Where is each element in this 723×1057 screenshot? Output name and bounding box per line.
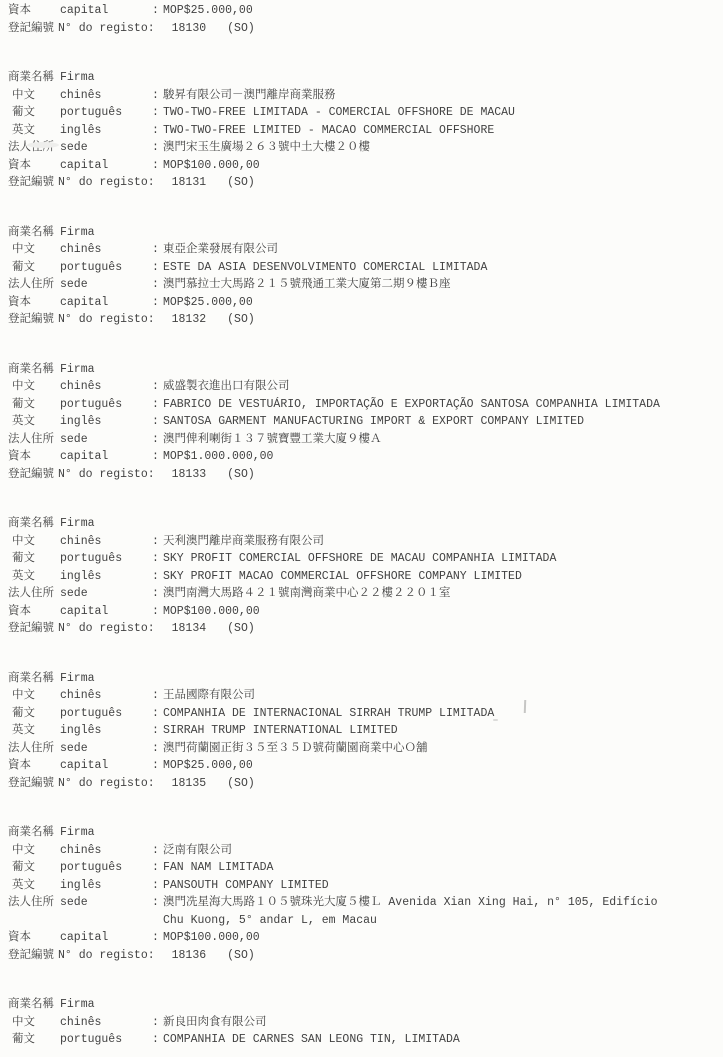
capital-label-zh: 資本 <box>8 757 60 775</box>
portuguese-label-pt: português <box>60 859 152 877</box>
colon: : <box>152 533 163 551</box>
registo-label-zh: 登記編號 <box>8 466 54 484</box>
sede-value: 澳門俾利喇街１３７號寶豐工業大廈９樓Ａ <box>163 431 713 449</box>
capital-row: 資本 capital : MOP$100.000,00 <box>8 603 713 621</box>
sede-value: 澳門宋玉生廣場２６３號中土大樓２０樓 <box>163 139 713 157</box>
capital-value: MOP$100.000,00 <box>163 603 713 621</box>
firma-label-pt: Firma <box>60 515 152 533</box>
chinese-label-zh: 中文 <box>8 241 60 259</box>
portuguese-name-value: FAN NAM LIMITADA <box>163 859 713 877</box>
chinese-name-value: 駿昇有限公司－澳門離岸商業服務 <box>163 87 713 105</box>
capital-label-zh: 資本 <box>8 294 60 312</box>
chinese-name-row: 中文 chinês : 泛南有限公司 <box>8 842 713 860</box>
colon: : <box>152 294 163 312</box>
colon: : <box>152 842 163 860</box>
registo-type: (SO) <box>227 947 255 965</box>
registo-type: (SO) <box>227 174 255 192</box>
colon: : <box>152 705 163 723</box>
firma-row: 商業名稱 Firma <box>8 996 713 1014</box>
registo-type: (SO) <box>227 20 255 38</box>
chinese-name-value: 威盛製衣進出口有限公司 <box>163 378 713 396</box>
chinese-label-zh: 中文 <box>8 87 60 105</box>
sede-label-pt: sede <box>60 276 152 294</box>
sede-value-line2: Chu Kuong, 5° andar L, em Macau <box>163 912 713 930</box>
colon: : <box>152 157 163 175</box>
capital-row: 資本 capital : MOP$25.000,00 <box>8 294 713 312</box>
capital-label-zh: 資本 <box>8 2 60 20</box>
portuguese-name-value: TWO-TWO-FREE LIMITADA - COMERCIAL OFFSHO… <box>163 104 713 122</box>
firma-label-zh: 商業名稱 <box>8 515 60 533</box>
colon: : <box>152 1031 163 1049</box>
english-label-zh: 英文 <box>8 877 60 895</box>
registo-row: 登記編號 N° do registo: 18132 (SO) <box>8 311 713 329</box>
firma-label-zh: 商業名稱 <box>8 670 60 688</box>
colon: : <box>152 603 163 621</box>
registo-type: (SO) <box>227 311 255 329</box>
registo-number: 18134 <box>172 620 207 638</box>
sede-label-pt: sede <box>60 585 152 603</box>
sede-row-line2: Chu Kuong, 5° andar L, em Macau <box>8 912 713 930</box>
sede-label-zh: 法人住所 <box>8 740 60 758</box>
registo-label-zh: 登記編號 <box>8 775 54 793</box>
colon: : <box>152 396 163 414</box>
chinese-name-row: 中文 chinês : 天利澳門離岸商業服務有限公司 <box>8 533 713 551</box>
registo-label-pt: N° do registo: <box>58 466 155 484</box>
registo-label-zh: 登記編號 <box>8 620 54 638</box>
firma-label-pt: Firma <box>60 824 152 842</box>
colon: : <box>152 104 163 122</box>
colon: : <box>152 87 163 105</box>
scan-artifact <box>27 142 59 148</box>
chinese-label-pt: chinês <box>60 87 152 105</box>
portuguese-label-zh: 葡文 <box>8 1031 60 1049</box>
scan-artifact <box>493 719 498 721</box>
firma-label-zh: 商業名稱 <box>8 224 60 242</box>
chinese-label-zh: 中文 <box>8 687 60 705</box>
portuguese-label-pt: português <box>60 396 152 414</box>
capital-row: 資本 capital : MOP$25.000,00 <box>8 2 713 20</box>
capital-label-zh: 資本 <box>8 929 60 947</box>
portuguese-name-value: FABRICO DE VESTUÁRIO, IMPORTAÇÃO E EXPOR… <box>163 396 713 414</box>
portuguese-label-zh: 葡文 <box>8 705 60 723</box>
chinese-label-pt: chinês <box>60 241 152 259</box>
firma-row: 商業名稱 Firma <box>8 824 713 842</box>
colon: : <box>152 757 163 775</box>
firma-label-pt: Firma <box>60 996 152 1014</box>
firma-row: 商業名稱 Firma <box>8 670 713 688</box>
colon: : <box>152 241 163 259</box>
sede-row: 法人住所 sede : 澳門慕拉士大馬路２１５號飛通工業大廈第二期９樓Ｂ座 <box>8 276 713 294</box>
registo-number: 18132 <box>172 311 207 329</box>
colon: : <box>152 722 163 740</box>
capital-value: MOP$100.000,00 <box>163 157 713 175</box>
firma-label-zh: 商業名稱 <box>8 69 60 87</box>
colon: : <box>152 2 163 20</box>
portuguese-name-row: 葡文 português : TWO-TWO-FREE LIMITADA - C… <box>8 104 713 122</box>
chinese-label-zh: 中文 <box>8 1014 60 1032</box>
portuguese-name-row: 葡文 português : SKY PROFIT COMERCIAL OFFS… <box>8 550 713 568</box>
english-name-value: SIRRAH TRUMP INTERNATIONAL LIMITED <box>163 722 713 740</box>
english-label-zh: 英文 <box>8 568 60 586</box>
chinese-label-zh: 中文 <box>8 842 60 860</box>
chinese-name-value: 新良田肉食有限公司 <box>163 1014 713 1032</box>
colon: : <box>152 929 163 947</box>
capital-label-pt: capital <box>60 603 152 621</box>
capital-row: 資本 capital : MOP$25.000,00 <box>8 757 713 775</box>
registry-entry: 商業名稱 Firma 中文 chinês : 威盛製衣進出口有限公司 葡文 po… <box>8 361 713 484</box>
colon: : <box>152 550 163 568</box>
capital-value: MOP$25.000,00 <box>163 757 713 775</box>
chinese-label-pt: chinês <box>60 842 152 860</box>
capital-label-zh: 資本 <box>8 603 60 621</box>
registo-number: 18133 <box>172 466 207 484</box>
capital-label-pt: capital <box>60 2 152 20</box>
chinese-label-pt: chinês <box>60 533 152 551</box>
chinese-name-value: 東亞企業發展有限公司 <box>163 241 713 259</box>
english-name-value: TWO-TWO-FREE LIMITED - MACAO COMMERCIAL … <box>163 122 713 140</box>
registo-row: 登記編號 N° do registo: 18133 (SO) <box>8 466 713 484</box>
english-label-pt: inglês <box>60 413 152 431</box>
sede-value: 澳門冼星海大馬路１０５號珠光大廈５樓Ｌ Avenida Xian Xing Ha… <box>163 894 713 912</box>
portuguese-name-value: SKY PROFIT COMERCIAL OFFSHORE DE MACAU C… <box>163 550 713 568</box>
firma-label-pt: Firma <box>60 224 152 242</box>
chinese-name-row: 中文 chinês : 駿昇有限公司－澳門離岸商業服務 <box>8 87 713 105</box>
capital-label-pt: capital <box>60 294 152 312</box>
english-name-row: 英文 inglês : SIRRAH TRUMP INTERNATIONAL L… <box>8 722 713 740</box>
portuguese-name-row: 葡文 português : ESTE DA ASIA DESENVOLVIME… <box>8 259 713 277</box>
chinese-label-pt: chinês <box>60 378 152 396</box>
capital-value: MOP$1.000.000,00 <box>163 448 713 466</box>
sede-row: 法人住所 sede : 澳門俾利喇街１３７號寶豐工業大廈９樓Ａ <box>8 431 713 449</box>
colon: : <box>152 1014 163 1032</box>
registo-row: 登記編號 N° do registo: 18131 (SO) <box>8 174 713 192</box>
registo-label-pt: N° do registo: <box>58 174 155 192</box>
english-label-pt: inglês <box>60 122 152 140</box>
colon: : <box>152 139 163 157</box>
english-label-zh: 英文 <box>8 122 60 140</box>
capital-label-pt: capital <box>60 757 152 775</box>
registry-entry: 資本 capital : MOP$25.000,00 登記編號 N° do re… <box>8 2 713 37</box>
portuguese-label-pt: português <box>60 550 152 568</box>
portuguese-name-row: 葡文 português : COMPANHIA DE INTERNACIONA… <box>8 705 713 723</box>
registo-number: 18131 <box>172 174 207 192</box>
registo-number: 18136 <box>172 947 207 965</box>
portuguese-name-row: 葡文 português : COMPANHIA DE CARNES SAN L… <box>8 1031 713 1049</box>
registo-number: 18130 <box>172 20 207 38</box>
registo-label-zh: 登記編號 <box>8 20 54 38</box>
registo-number: 18135 <box>172 775 207 793</box>
registo-label-zh: 登記編號 <box>8 947 54 965</box>
sede-row: 法人住所 sede : 澳門南灣大馬路４２１號南灣商業中心２２樓２２０１室 <box>8 585 713 603</box>
portuguese-name-value: ESTE DA ASIA DESENVOLVIMENTO COMERCIAL L… <box>163 259 713 277</box>
registry-entry: 商業名稱 Firma 中文 chinês : 東亞企業發展有限公司 葡文 por… <box>8 224 713 329</box>
capital-row: 資本 capital : MOP$100.000,00 <box>8 929 713 947</box>
colon: : <box>152 859 163 877</box>
firma-label-pt: Firma <box>60 361 152 379</box>
english-name-row: 英文 inglês : TWO-TWO-FREE LIMITED - MACAO… <box>8 122 713 140</box>
portuguese-label-zh: 葡文 <box>8 259 60 277</box>
portuguese-name-value: COMPANHIA DE CARNES SAN LEONG TIN, LIMIT… <box>163 1031 713 1049</box>
registo-label-pt: N° do registo: <box>58 775 155 793</box>
sede-value: 澳門荷蘭園正街３５至３５Ｄ號荷蘭園商業中心Ｏ舖 <box>163 740 713 758</box>
colon: : <box>152 448 163 466</box>
english-label-pt: inglês <box>60 877 152 895</box>
colon: : <box>152 259 163 277</box>
portuguese-label-zh: 葡文 <box>8 859 60 877</box>
sede-label-pt: sede <box>60 139 152 157</box>
chinese-label-zh: 中文 <box>8 533 60 551</box>
portuguese-label-zh: 葡文 <box>8 550 60 568</box>
portuguese-label-pt: português <box>60 259 152 277</box>
english-label-pt: inglês <box>60 568 152 586</box>
colon: : <box>152 122 163 140</box>
colon: : <box>152 413 163 431</box>
colon: : <box>152 740 163 758</box>
sede-label-pt: sede <box>60 740 152 758</box>
portuguese-label-pt: português <box>60 705 152 723</box>
portuguese-name-row: 葡文 português : FABRICO DE VESTUÁRIO, IMP… <box>8 396 713 414</box>
registo-type: (SO) <box>227 620 255 638</box>
sede-label-zh: 法人住所 <box>8 894 60 912</box>
capital-value: MOP$25.000,00 <box>163 294 713 312</box>
sede-row: 法人住所 sede : 澳門宋玉生廣場２６３號中土大樓２０樓 <box>8 139 713 157</box>
chinese-label-pt: chinês <box>60 687 152 705</box>
capital-row: 資本 capital : MOP$1.000.000,00 <box>8 448 713 466</box>
firma-row: 商業名稱 Firma <box>8 515 713 533</box>
firma-row: 商業名稱 Firma <box>8 69 713 87</box>
sede-label-zh: 法人住所 <box>8 276 60 294</box>
chinese-name-value: 天利澳門離岸商業服務有限公司 <box>163 533 713 551</box>
capital-row: 資本 capital : MOP$100.000,00 <box>8 157 713 175</box>
registo-type: (SO) <box>227 466 255 484</box>
registo-row: 登記編號 N° do registo: 18135 (SO) <box>8 775 713 793</box>
sede-label-zh: 法人住所 <box>8 431 60 449</box>
colon: : <box>152 276 163 294</box>
registry-entry: 商業名稱 Firma 中文 chinês : 泛南有限公司 葡文 portugu… <box>8 824 713 964</box>
colon: : <box>152 585 163 603</box>
registo-row: 登記編號 N° do registo: 18136 (SO) <box>8 947 713 965</box>
portuguese-name-value: COMPANHIA DE INTERNACIONAL SIRRAH TRUMP … <box>163 705 713 723</box>
portuguese-label-zh: 葡文 <box>8 396 60 414</box>
firma-row: 商業名稱 Firma <box>8 361 713 379</box>
english-label-pt: inglês <box>60 722 152 740</box>
chinese-name-value: 泛南有限公司 <box>163 842 713 860</box>
chinese-name-row: 中文 chinês : 威盛製衣進出口有限公司 <box>8 378 713 396</box>
firma-label-zh: 商業名稱 <box>8 996 60 1014</box>
registo-label-pt: N° do registo: <box>58 20 155 38</box>
capital-label-pt: capital <box>60 448 152 466</box>
colon: : <box>152 431 163 449</box>
portuguese-label-pt: português <box>60 1031 152 1049</box>
firma-label-pt: Firma <box>60 670 152 688</box>
registo-type: (SO) <box>227 775 255 793</box>
registry-entry: 商業名稱 Firma 中文 chinês : 新良田肉食有限公司 葡文 port… <box>8 996 713 1049</box>
sede-row: 法人住所 sede : 澳門冼星海大馬路１０５號珠光大廈５樓Ｌ Avenida … <box>8 894 713 912</box>
chinese-name-row: 中文 chinês : 東亞企業發展有限公司 <box>8 241 713 259</box>
portuguese-label-zh: 葡文 <box>8 104 60 122</box>
registo-label-pt: N° do registo: <box>58 311 155 329</box>
registo-label-zh: 登記編號 <box>8 311 54 329</box>
colon: : <box>152 687 163 705</box>
firma-label-pt: Firma <box>60 69 152 87</box>
registo-label-zh: 登記編號 <box>8 174 54 192</box>
registo-label-pt: N° do registo: <box>58 947 155 965</box>
firma-label-zh: 商業名稱 <box>8 824 60 842</box>
capital-value: MOP$25.000,00 <box>163 2 713 20</box>
english-name-value: SKY PROFIT MACAO COMMERCIAL OFFSHORE COM… <box>163 568 713 586</box>
chinese-name-row: 中文 chinês : 王品國際有限公司 <box>8 687 713 705</box>
english-label-zh: 英文 <box>8 722 60 740</box>
chinese-label-zh: 中文 <box>8 378 60 396</box>
sede-value: 澳門南灣大馬路４２１號南灣商業中心２２樓２２０１室 <box>163 585 713 603</box>
capital-label-zh: 資本 <box>8 157 60 175</box>
sede-label-pt: sede <box>60 894 152 912</box>
registry-entry: 商業名稱 Firma 中文 chinês : 駿昇有限公司－澳門離岸商業服務 葡… <box>8 69 713 192</box>
english-name-row: 英文 inglês : PANSOUTH COMPANY LIMITED <box>8 877 713 895</box>
sede-value: 澳門慕拉士大馬路２１５號飛通工業大廈第二期９樓Ｂ座 <box>163 276 713 294</box>
colon: : <box>152 877 163 895</box>
registry-entry: 商業名稱 Firma 中文 chinês : 王品國際有限公司 葡文 portu… <box>8 670 713 793</box>
portuguese-label-pt: português <box>60 104 152 122</box>
capital-label-zh: 資本 <box>8 448 60 466</box>
capital-value: MOP$100.000,00 <box>163 929 713 947</box>
registo-label-pt: N° do registo: <box>58 620 155 638</box>
sede-label-pt: sede <box>60 431 152 449</box>
english-name-row: 英文 inglês : SANTOSA GARMENT MANUFACTURIN… <box>8 413 713 431</box>
colon: : <box>152 568 163 586</box>
gazette-registry-page: 資本 capital : MOP$25.000,00 登記編號 N° do re… <box>0 0 723 1057</box>
capital-label-pt: capital <box>60 157 152 175</box>
english-name-row: 英文 inglês : SKY PROFIT MACAO COMMERCIAL … <box>8 568 713 586</box>
sede-label-zh: 法人住所 <box>8 585 60 603</box>
english-name-value: SANTOSA GARMENT MANUFACTURING IMPORT & E… <box>163 413 713 431</box>
registo-row: 登記編號 N° do registo: 18130 (SO) <box>8 20 713 38</box>
firma-label-zh: 商業名稱 <box>8 361 60 379</box>
sede-row: 法人住所 sede : 澳門荷蘭園正街３５至３５Ｄ號荷蘭園商業中心Ｏ舖 <box>8 740 713 758</box>
portuguese-name-row: 葡文 português : FAN NAM LIMITADA <box>8 859 713 877</box>
chinese-label-pt: chinês <box>60 1014 152 1032</box>
colon: : <box>152 894 163 912</box>
english-name-value: PANSOUTH COMPANY LIMITED <box>163 877 713 895</box>
registo-row: 登記編號 N° do registo: 18134 (SO) <box>8 620 713 638</box>
firma-row: 商業名稱 Firma <box>8 224 713 242</box>
registry-entry: 商業名稱 Firma 中文 chinês : 天利澳門離岸商業服務有限公司 葡文… <box>8 515 713 638</box>
colon: : <box>152 378 163 396</box>
english-label-zh: 英文 <box>8 413 60 431</box>
chinese-name-value: 王品國際有限公司 <box>163 687 713 705</box>
chinese-name-row: 中文 chinês : 新良田肉食有限公司 <box>8 1014 713 1032</box>
capital-label-pt: capital <box>60 929 152 947</box>
